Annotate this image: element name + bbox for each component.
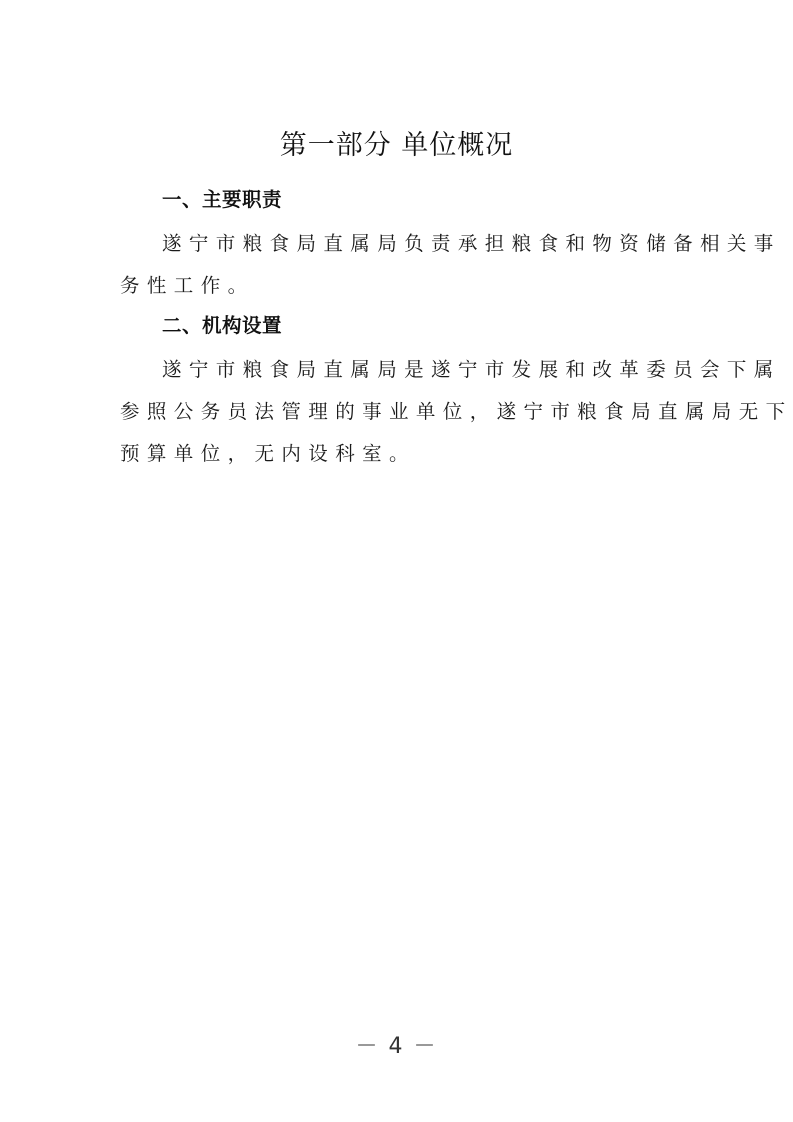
paragraph-line: 预算单位，无内设科室。 <box>120 440 416 468</box>
paragraph-line: 务性工作。 <box>120 272 255 300</box>
page-title: 第一部分 单位概况 <box>0 126 793 166</box>
paragraph-line: 遂宁市粮食局直属局是遂宁市发展和改革委员会下属 <box>162 356 781 384</box>
paragraph-line: 遂宁市粮食局直属局负责承担粮食和物资储备相关事 <box>162 230 781 258</box>
page-number: － 4 － <box>0 1032 793 1062</box>
paragraph-line: 参照公务员法管理的事业单位，遂宁市粮食局直属局无下级 <box>120 398 793 426</box>
section-heading-main-duties: 一、主要职责 <box>162 186 282 214</box>
section-heading-organization: 二、机构设置 <box>162 312 282 340</box>
